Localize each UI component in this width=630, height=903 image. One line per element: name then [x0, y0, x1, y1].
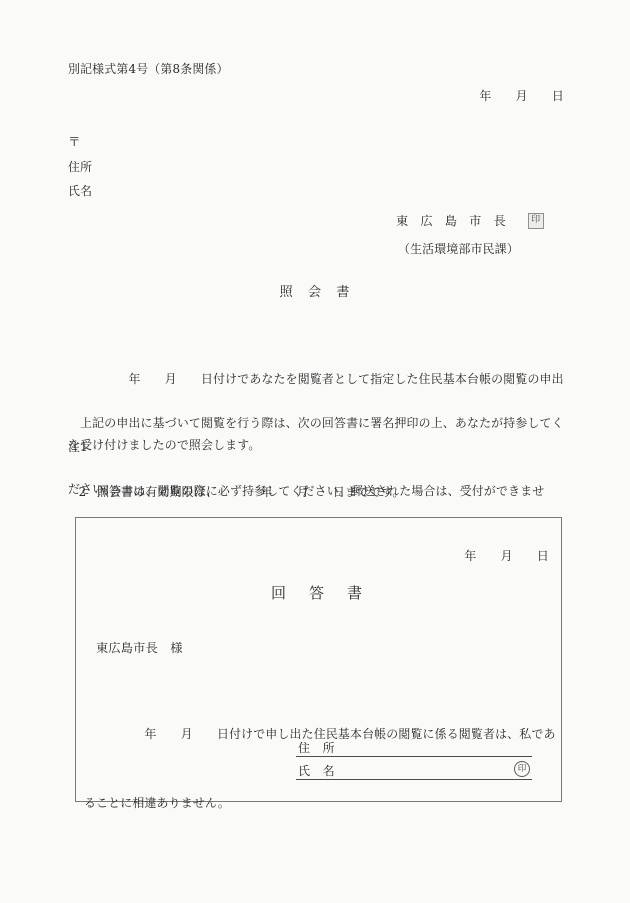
reply-address-field: 住 所: [296, 735, 532, 757]
note-1-label: 注1: [68, 436, 97, 458]
recipient-name-label: 氏名: [68, 180, 92, 202]
inquiry-form-page: 別記様式第4号（第8条関係） 年 月 日 〒 住所 氏名 東 広 島 市 長 印…: [0, 0, 630, 903]
recipient-address-label: 住所: [68, 156, 92, 178]
department-line: （生活環境部市民課）: [398, 238, 519, 260]
note-2-label: 2: [68, 481, 97, 503]
form-number: 別記様式第4号（第8条関係）: [68, 58, 229, 80]
reply-salutation: 東広島市長 様: [96, 637, 183, 659]
reply-name-field: 氏 名 印: [296, 758, 532, 780]
note-2: 2 照会書の有効期限は、 年 月 日までです。: [68, 481, 404, 503]
mayor-title: 東 広 島 市 長: [396, 212, 506, 229]
postal-mark: 〒: [68, 131, 81, 153]
reply-form-title: 回 答 書: [76, 582, 561, 603]
reply-date-blank: 年 月 日: [464, 545, 549, 567]
reply-form-box: 年 月 日 回 答 書 東広島市長 様 年 月 日付けで申し出た住民基本台帳の閲…: [75, 517, 562, 802]
paragraph-2-line-1: 上記の申出に基づいて閲覧を行う際は、次の回答書に署名押印の上、あなたが持参してく: [68, 412, 564, 434]
document-title: 照 会 書: [0, 281, 630, 300]
personal-seal-icon: 印: [514, 761, 530, 777]
reply-body-line-2: ることに相違ありません。: [84, 792, 556, 815]
reply-address-label: 住 所: [296, 739, 335, 756]
sender-line: 東 広 島 市 長 印: [396, 212, 544, 229]
official-seal-icon: 印: [528, 213, 544, 229]
date-blank-top: 年 月 日: [479, 85, 564, 107]
reply-name-label: 氏 名: [296, 762, 335, 779]
note-2-text: 照会書の有効期限は、 年 月 日までです。: [97, 481, 404, 503]
